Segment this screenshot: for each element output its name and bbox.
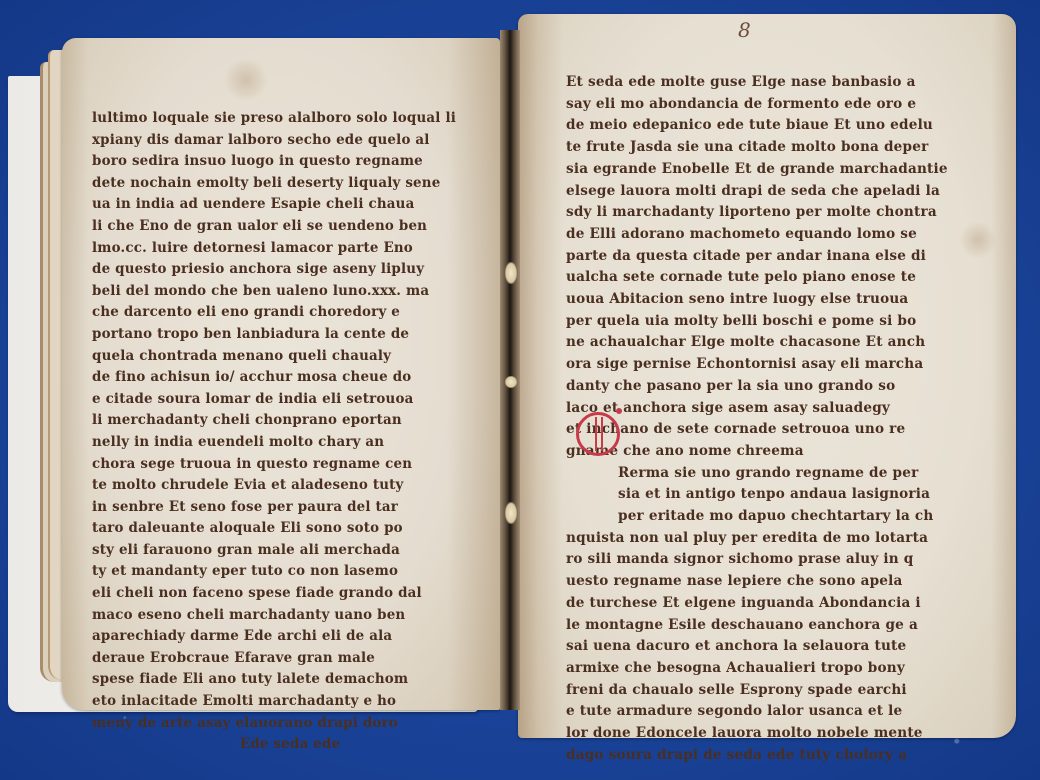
right-page-text: Et seda ede molte guse Elge nase banbasi… (566, 72, 966, 767)
manuscript-line: sia egrande Enobelle Et de grande marcha… (566, 158, 966, 181)
manuscript-line: elsege lauora molti drapi de seda che ap… (566, 180, 966, 203)
manuscript-line: e citade soura lomar de india eli setrou… (92, 388, 472, 411)
manuscript-line: dago soura drapi de seda ede tuty cholor… (566, 744, 966, 767)
manuscript-line: lmo.cc. luire detornesi lamacor parte En… (92, 237, 472, 260)
parchment-stain (222, 60, 270, 100)
manuscript-line: uesto regname nase lepiere che sono apel… (566, 571, 966, 594)
binding-thread (505, 376, 517, 388)
manuscript-line: li merchadanty cheli chonprano eportan (92, 410, 472, 433)
manuscript-line: boro sedira insuo luogo in questo regnam… (92, 151, 472, 174)
manuscript-line: ro sili manda signor sichomo prase aluy … (566, 549, 966, 572)
manuscript-line: de turchese Et elgene inguanda Abondanci… (566, 592, 966, 615)
manuscript-line: eli cheli non faceno spese fiade grando … (92, 583, 472, 606)
manuscript-line: taro daleuante aloquale Eli sono soto po (92, 518, 472, 541)
manuscript-line: uoua Abitacion seno intre luogy else tru… (566, 288, 966, 311)
book-spine-gutter (500, 30, 520, 710)
manuscript-line: portano tropo ben lanbiadura la cente de (92, 323, 472, 346)
manuscript-line: freni da chaualo selle Esprony spade ear… (566, 679, 966, 702)
manuscript-line: dete nochain emolty beli deserty liqualy… (92, 172, 472, 195)
manuscript-line: danty che pasano per la sia uno grando s… (566, 375, 966, 398)
manuscript-line: sty eli farauono gran male ali merchada (92, 539, 472, 562)
manuscript-line: sdy li marchadanty liporteno per molte c… (566, 202, 966, 225)
manuscript-line: lor done Edoncele lauora molto nobele me… (566, 723, 966, 746)
manuscript-line: laco et anchora sige asem asay saluadegy (566, 397, 966, 420)
manuscript-line: sai uena dacuro et anchora la selauora t… (566, 636, 966, 659)
manuscript-line: che darcento eli eno grandi choredory e (92, 302, 472, 325)
manuscript-line: per quela uia molty belli boschi e pome … (566, 310, 966, 333)
manuscript-line: deraue Erobcraue Efarave gran male (92, 647, 472, 670)
manuscript-line: armixe che besogna Achaualieri tropo bon… (566, 657, 966, 680)
manuscript-line: maco eseno cheli marchadanty uano ben (92, 604, 472, 627)
manuscript-line: Rerma sie uno grando regname de per (566, 462, 966, 485)
catchword: Ede seda ede (92, 734, 472, 757)
manuscript-line: parte da questa citade per andar inana e… (566, 245, 966, 268)
left-page-text: lultimo loquale sie preso alalboro solo … (92, 108, 472, 756)
binding-thread (505, 502, 517, 524)
manuscript-line: de meio edepanico ede tute biaue Et uno … (566, 115, 966, 138)
manuscript-line: ualcha sete cornade tute pelo piano enos… (566, 267, 966, 290)
manuscript-line: nelly in india euendeli molto chary an (92, 431, 472, 454)
manuscript-line: meny de arte asay elauorano drapi doro (92, 712, 472, 735)
manuscript-line: te molto chrudele Evia et aladeseno tuty (92, 475, 472, 498)
manuscript-line: in senbre Et seno fose per paura del tar (92, 496, 472, 519)
manuscript-line: aparechiady darme Ede archi eli de ala (92, 626, 472, 649)
manuscript-line: lultimo loquale sie preso alalboro solo … (92, 107, 472, 130)
manuscript-line: nquista non ual pluy per eredita de mo l… (566, 527, 966, 550)
manuscript-line: beli del mondo che ben ualeno luno.xxx. … (92, 280, 472, 303)
manuscript-line: say eli mo abondancia de formento ede or… (566, 93, 966, 116)
manuscript-line: de fino achisun io/ acchur mosa cheue do (92, 367, 472, 390)
manuscript-line: li che Eno de gran ualor eli se uendeno … (92, 215, 472, 238)
manuscript-line: ua in india ad uendere Esapie cheli chau… (92, 194, 472, 217)
rubricated-initial-ornament (616, 408, 622, 414)
manuscript-line: xpiany dis damar lalboro secho ede quelo… (92, 129, 472, 152)
manuscript-line: e tute armadure segondo lalor usanca et … (566, 701, 966, 724)
manuscript-line: per eritade mo dapuo chechtartary la ch (566, 506, 966, 529)
manuscript-line: eto inlacitade Emolti marchadanty e ho (92, 690, 472, 713)
rubricated-initial-c (576, 412, 620, 456)
manuscript-line: de questo priesio anchora sige aseny lip… (92, 259, 472, 282)
manuscript-line: et inchano de sete cornade setrouoa uno … (566, 419, 966, 442)
manuscript-line: spese fiade Eli ano tuty lalete demachom (92, 669, 472, 692)
manuscript-line: ne achaualchar Elge molte chacasone Et a… (566, 332, 966, 355)
manuscript-line: chora sege truoua in questo regname cen (92, 453, 472, 476)
binding-thread (505, 262, 517, 284)
manuscript-line: le montagne Esile deschauano eanchora ge… (566, 614, 966, 637)
folio-number: 8 (738, 18, 751, 42)
manuscript-line: de Elli adorano machometo equando lomo s… (566, 223, 966, 246)
manuscript-line: ora sige pernise Echontornisi asay eli m… (566, 354, 966, 377)
manuscript-line: te frute Jasda sie una citade molto bona… (566, 137, 966, 160)
manuscript-line: quela chontrada menano queli chaualy (92, 345, 472, 368)
manuscript-line: sia et in antigo tenpo andaua lasignoria (566, 484, 966, 507)
manuscript-line: gname che ano nome chreema (566, 440, 966, 463)
manuscript-line: Et seda ede molte guse Elge nase banbasi… (566, 71, 966, 94)
manuscript-line: ty et mandanty eper tuto co non lasemo (92, 561, 472, 584)
